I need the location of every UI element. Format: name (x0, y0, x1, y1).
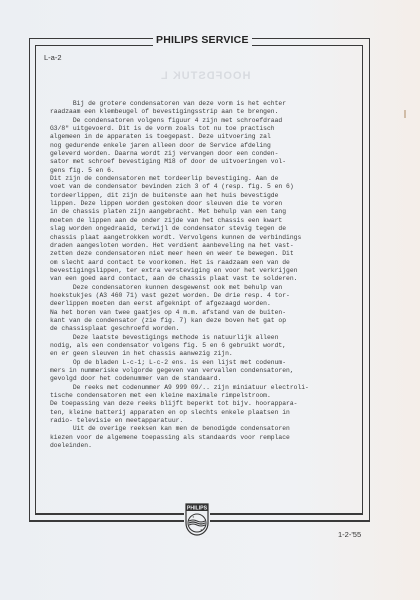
bleedthrough-text: HOOFDSTUK L (160, 70, 250, 82)
text-line: De reeks met codenummer A9 999 09/.. zij… (50, 384, 360, 392)
text-line: lippen. Deze lippen worden gestoken door… (50, 200, 360, 208)
text-line: hoekstukjes (A3 460 71) vast gezet worde… (50, 292, 360, 300)
brand-title: PHILIPS SERVICE (153, 34, 252, 46)
text-line: in de chassis platen zijn aangebracht. M… (50, 208, 360, 216)
philips-shield-logo-icon: PHILIPS ✦ ✦ (184, 503, 210, 538)
text-line: Uit de overige reeksen kan men de benodi… (50, 425, 360, 433)
text-line: bevestigingslippen, ter extra verstevigi… (50, 267, 360, 275)
text-line: chassis plaat aangetrokken wordt. Vervol… (50, 234, 360, 242)
text-line: Deze laatste bevestigings methode is nat… (50, 334, 360, 342)
text-line: moeten de lippen aan de onder zijde van … (50, 217, 360, 225)
text-line: Deze condensatoren kunnen desgewenst ook… (50, 284, 360, 292)
text-line: G3/8" uitgevoerd. Dit is de vorm zoals t… (50, 125, 360, 133)
text-line: De toepassing van deze reeks blijft bepe… (50, 400, 360, 408)
document-page: PHILIPS SERVICE L-a-2 HOOFDSTUK L Bij de… (0, 0, 420, 600)
text-line: tordeerlippen, dit zijn de buitenste aan… (50, 192, 360, 200)
text-line: ten, kleine batterij apparaten en op sle… (50, 409, 360, 417)
text-line: zetten deze condensatoren niet meer heen… (50, 250, 360, 258)
text-line: Bij de grotere condensatoren van deze vo… (50, 100, 360, 108)
text-line: nog gedurende enkele jaren alleen door d… (50, 142, 360, 150)
text-line: om slecht aard contact te voorkomen. Het… (50, 259, 360, 267)
text-line: deerlippen moeten dan eerst afgeknipt of… (50, 300, 360, 308)
text-line: tische condensatoren met een kleine maxi… (50, 392, 360, 400)
text-line: raadzaam een klembeugel of bevestigingss… (50, 108, 360, 116)
text-line: kant van de condensator (zie fig. 7) kan… (50, 317, 360, 325)
text-line: Op de bladen L-c-1; L-c-2 ens. is een li… (50, 359, 360, 367)
text-line: kiezen voor de algemene toepassing als s… (50, 434, 360, 442)
text-line: nodig, als een condensator volgens fig. … (50, 342, 360, 350)
text-line: geleverd worden. Daarna wordt zij vervan… (50, 150, 360, 158)
text-line: voet van de condensator bevinden zich 3 … (50, 183, 360, 191)
text-line: Dit zijn de condensatoren met tordeerlip… (50, 175, 360, 183)
text-line: gevolgd door het codenummer van de stand… (50, 375, 360, 383)
text-line: sator met schroef bevestiging M18 of doo… (50, 158, 360, 166)
text-line: en er geen sleuven in het chassis aanwez… (50, 350, 360, 358)
text-line: De condensatoren volgens figuur 4 zijn m… (50, 117, 360, 125)
text-line: doeleinden. (50, 442, 360, 450)
text-line: mers in nummeriske volgorde gegeven van … (50, 367, 360, 375)
edge-mark (404, 110, 406, 118)
page-code: L-a-2 (44, 53, 62, 62)
issue-date: 1-2-'55 (338, 530, 361, 539)
text-line: slag worden ongedraaid, terwijl de conde… (50, 225, 360, 233)
text-line: algemeen in de apparaten is toegepast. D… (50, 133, 360, 141)
text-line: de chassisplaat geschroefd worden. (50, 325, 360, 333)
svg-text:PHILIPS: PHILIPS (187, 506, 208, 512)
text-line: radio- televisie en meetapparatuur. (50, 417, 360, 425)
text-line: Na het boren van twee gaatjes op 4 m.m. … (50, 309, 360, 317)
text-line: draden aangesloten worden. Het verdient … (50, 242, 360, 250)
text-line: gens fig. 5 en 6. (50, 167, 360, 175)
text-line: van een goed aard contact, aan de chassi… (50, 275, 360, 283)
body-text: Bij de grotere condensatoren van deze vo… (50, 100, 360, 450)
